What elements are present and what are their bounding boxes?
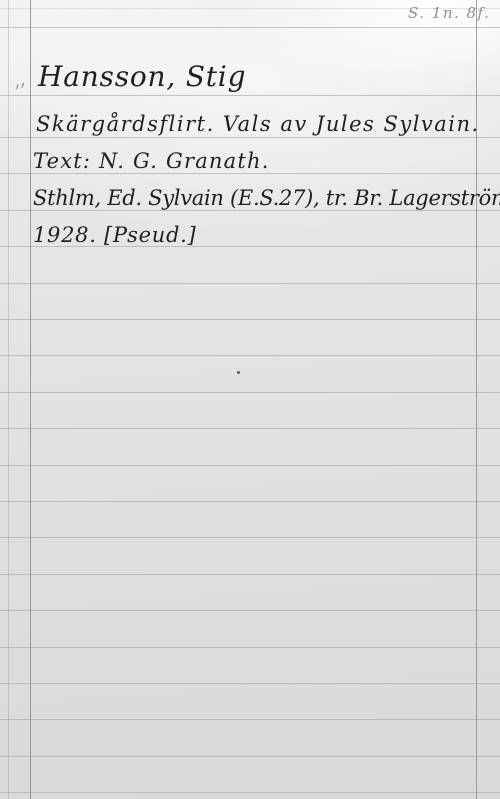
shelf-mark-pencil-note: S. 1n. 8f. (408, 4, 490, 22)
left-edge-rule (8, 0, 9, 799)
text-credit-line: Text: N. G. Granath. (33, 149, 270, 173)
author-heading: Hansson, Stig (38, 60, 246, 93)
margin-check-mark: ‚‚ (10, 69, 26, 92)
publisher-line: Sthlm, Ed. Sylvain (E.S.27), tr. Br. Lag… (33, 186, 500, 210)
year-pseudonym-line: 1928. [Pseud.] (33, 223, 196, 247)
left-margin-rule (30, 0, 31, 799)
ink-speck (237, 371, 240, 374)
title-line: Skärgårdsflirt. Vals av Jules Sylvain. (36, 112, 480, 136)
catalog-card-page: S. 1n. 8f. ‚‚ Hansson, Stig Skärgårdsfli… (0, 0, 500, 799)
